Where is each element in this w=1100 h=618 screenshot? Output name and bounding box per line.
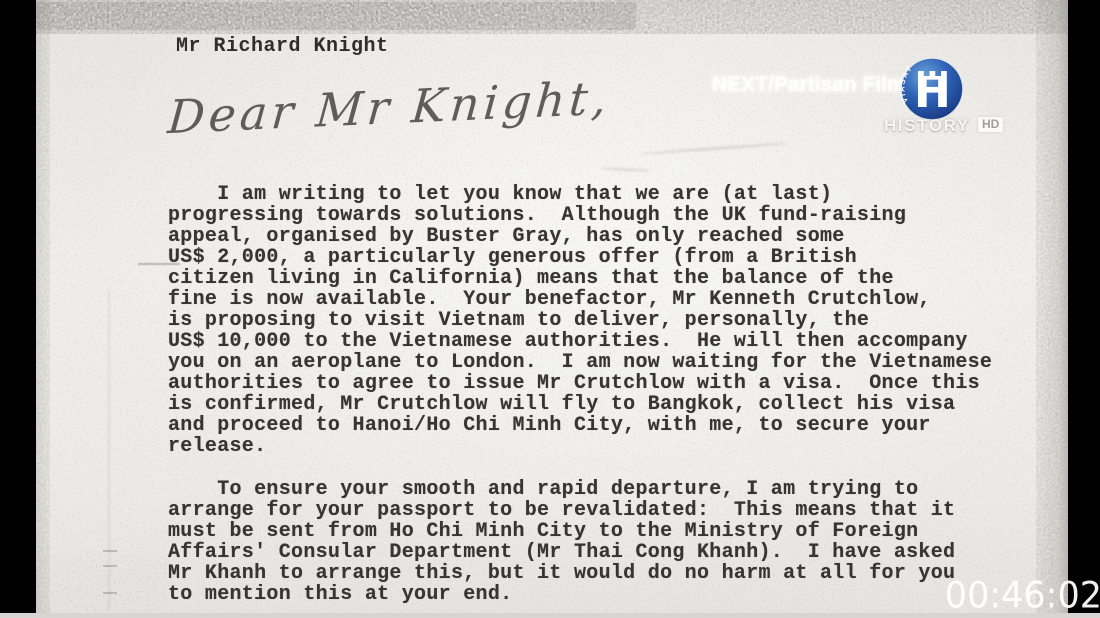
letter-line: and proceed to Hanoi/Ho Chi Minh City, w… — [168, 415, 992, 436]
letter-line: must be sent from Ho Chi Minh City to th… — [168, 521, 955, 542]
margin-mark — [103, 565, 117, 567]
frame-bottom-edge — [0, 613, 1100, 618]
letter-line: US$ 10,000 to the Vietnamese authorities… — [168, 331, 992, 352]
letter-line: arrange for your passport to be revalida… — [168, 500, 955, 521]
video-frame: Mr Richard Knight Dear Mr Knight, I am w… — [0, 0, 1100, 618]
history-wordmark: HISTORY — [884, 116, 970, 136]
letterbox-bar-right — [1068, 0, 1100, 618]
letter-line: I am writing to let you know that we are… — [168, 184, 992, 205]
letter-line: to mention this at your end. — [168, 584, 955, 605]
letter-line: To ensure your smooth and rapid departur… — [168, 479, 955, 500]
letter-line: you on an aeroplane to London. I am now … — [168, 352, 992, 373]
letter-line: Affairs' Consular Department (Mr Thai Co… — [168, 542, 955, 563]
margin-mark — [103, 592, 117, 594]
letter-line: citizen living in California) means that… — [168, 268, 992, 289]
letter-line: US$ 2,000, a particularly generous offer… — [168, 247, 992, 268]
letter-line: Mr Khanh to arrange this, but it would d… — [168, 563, 955, 584]
letter-line: appeal, organised by Buster Gray, has on… — [168, 226, 992, 247]
letter-body-paragraph-1: I am writing to let you know that we are… — [168, 184, 992, 457]
letter-line: release. — [168, 436, 992, 457]
addressee-line: Mr Richard Knight — [176, 35, 389, 58]
letter-line: progressing towards solutions. Although … — [168, 205, 992, 226]
timestamp: 00:46:02 — [945, 575, 1100, 617]
margin-mark — [103, 550, 117, 552]
letter-line: is proposing to visit Vietnam to deliver… — [168, 310, 992, 331]
hd-badge: HD — [978, 117, 1003, 132]
letter-line: authorities to agree to issue Mr Crutchl… — [168, 373, 992, 394]
letter-line: fine is now available. Your benefactor, … — [168, 289, 992, 310]
letter-line: is confirmed, Mr Crutchlow will fly to B… — [168, 394, 992, 415]
letter-body-paragraph-2: To ensure your smooth and rapid departur… — [168, 479, 955, 605]
letterbox-bar-left — [0, 0, 36, 618]
